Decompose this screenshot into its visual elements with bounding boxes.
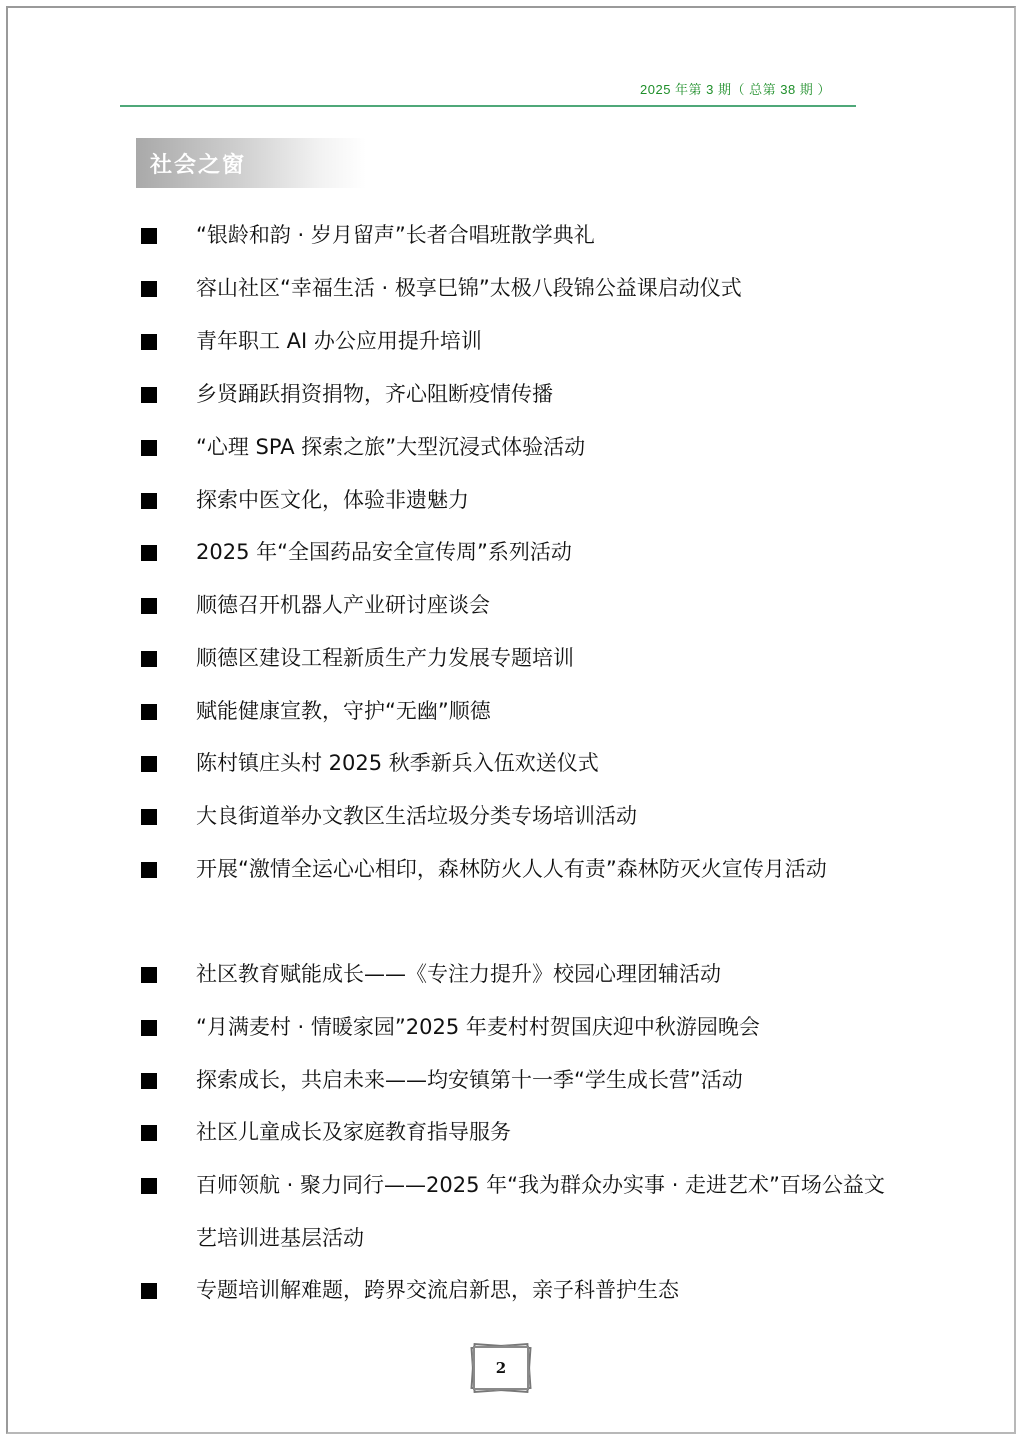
header-rule xyxy=(120,105,856,107)
square-bullet-icon xyxy=(141,387,157,403)
square-bullet-icon xyxy=(141,1283,157,1299)
list-item-title[interactable]: “月满麦村 · 情暖家园”2025 年麦村村贺国庆迎中秋游园晚会 xyxy=(196,1001,896,1054)
square-bullet-icon xyxy=(141,545,157,561)
section-title: 社会之窗 xyxy=(150,148,246,179)
square-bullet-icon xyxy=(141,281,157,297)
square-bullet-icon xyxy=(141,1020,157,1036)
square-bullet-icon xyxy=(141,493,157,509)
list-item-title[interactable]: 顺德区建设工程新质生产力发展专题培训 xyxy=(196,632,896,685)
list-item-title[interactable]: 大良街道举办文教区生活垃圾分类专场培训活动 xyxy=(196,790,896,843)
list-item-title[interactable]: 社区教育赋能成长——《专注力提升》校园心理团辅活动 xyxy=(196,948,896,1001)
list-item-title[interactable]: 探索中医文化，体验非遗魅力 xyxy=(196,474,896,527)
list-item-title[interactable]: 百师领航 · 聚力同行——2025 年“我为群众办实事 · 走进艺术”百场公益文… xyxy=(196,1159,896,1265)
list-item-title[interactable]: 青年职工 AI 办公应用提升培训 xyxy=(196,315,896,368)
list-item-title[interactable]: “银龄和韵 · 岁月留声”长者合唱班散学典礼 xyxy=(196,209,896,262)
list-item-title[interactable]: 容山社区“幸福生活 · 极享巳锦”太极八段锦公益课启动仪式 xyxy=(196,262,896,315)
square-bullet-icon xyxy=(141,651,157,667)
list-item-title[interactable]: 探索成长，共启未来——均安镇第十一季“学生成长营”活动 xyxy=(196,1054,896,1107)
square-bullet-icon xyxy=(141,228,157,244)
square-bullet-icon xyxy=(141,704,157,720)
list-item-title[interactable]: 陈村镇庄头村 2025 秋季新兵入伍欢送仪式 xyxy=(196,737,896,790)
list-item-title[interactable]: 社区儿童成长及家庭教育指导服务 xyxy=(196,1106,896,1159)
square-bullet-icon xyxy=(141,598,157,614)
page-number: 2 xyxy=(470,1342,532,1394)
list-item-title[interactable]: 2025 年“全国药品安全宣传周”系列活动 xyxy=(196,526,896,579)
issue-header: 2025 年第 3 期（ 总第 38 期 ） xyxy=(640,79,880,98)
list-item-title[interactable]: 专题培训解难题，跨界交流启新思，亲子科普护生态 xyxy=(196,1264,896,1317)
list-item-title[interactable]: 顺德召开机器人产业研讨座谈会 xyxy=(196,579,896,632)
square-bullet-icon xyxy=(141,1073,157,1089)
square-bullet-icon xyxy=(141,334,157,350)
page-number-badge: 2 xyxy=(470,1342,532,1394)
list-item-title[interactable]: “心理 SPA 探索之旅”大型沉浸式体验活动 xyxy=(196,421,896,474)
section-banner: 社会之窗 xyxy=(136,138,366,188)
square-bullet-icon xyxy=(141,1178,157,1194)
square-bullet-icon xyxy=(141,809,157,825)
square-bullet-icon xyxy=(141,862,157,878)
square-bullet-icon xyxy=(141,1125,157,1141)
list-item-title[interactable]: 乡贤踊跃捐资捐物，齐心阻断疫情传播 xyxy=(196,368,896,421)
square-bullet-icon xyxy=(141,967,157,983)
list-item-title[interactable]: 赋能健康宣教，守护“无幽”顺德 xyxy=(196,685,896,738)
square-bullet-icon xyxy=(141,440,157,456)
square-bullet-icon xyxy=(141,756,157,772)
list-item-title[interactable]: 开展“激情全运心心相印，森林防火人人有责”森林防灭火宣传月活动 xyxy=(196,843,896,896)
